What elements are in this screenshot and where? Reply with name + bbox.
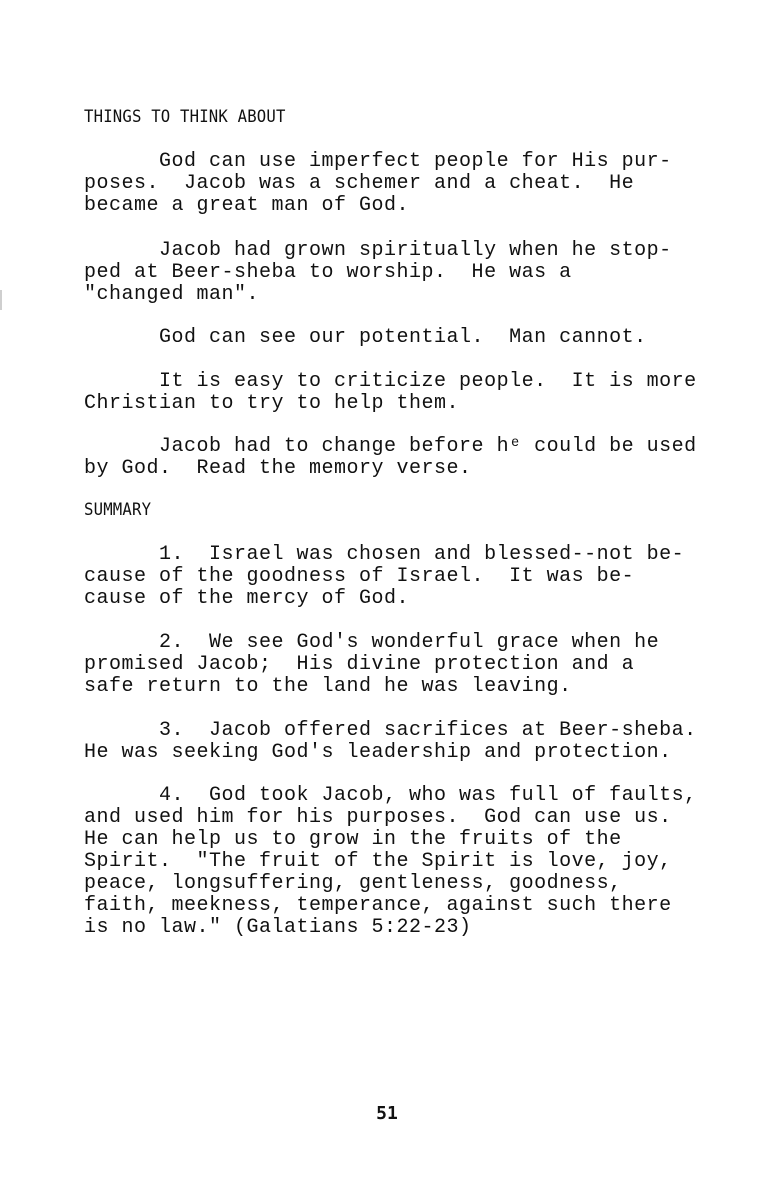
document-page: THINGS TO THINK ABOUT God can use imperf…	[0, 0, 774, 1177]
think-paragraph-4: It is easy to criticize people. It is mo…	[84, 371, 697, 415]
think-paragraph-3: God can see our potential. Man cannot.	[84, 327, 647, 349]
summary-item-4: 4. God took Jacob, who was full of fault…	[84, 785, 697, 939]
page-number: 51	[0, 1103, 774, 1124]
summary-item-2: 2. We see God's wonderful grace when he …	[84, 632, 659, 698]
think-paragraph-2: Jacob had grown spiritually when he stop…	[84, 240, 672, 306]
scan-edge-mark	[0, 290, 2, 310]
think-paragraph-1: God can use imperfect people for His pur…	[84, 151, 672, 217]
summary-item-1: 1. Israel was chosen and blessed--not be…	[84, 544, 684, 610]
summary-item-3: 3. Jacob offered sacrifices at Beer-sheb…	[84, 720, 697, 764]
heading-summary: SUMMARY	[84, 500, 151, 520]
think-paragraph-5: Jacob had to change before hᵉ could be u…	[84, 436, 697, 480]
heading-things-to-think-about: THINGS TO THINK ABOUT	[84, 107, 286, 127]
